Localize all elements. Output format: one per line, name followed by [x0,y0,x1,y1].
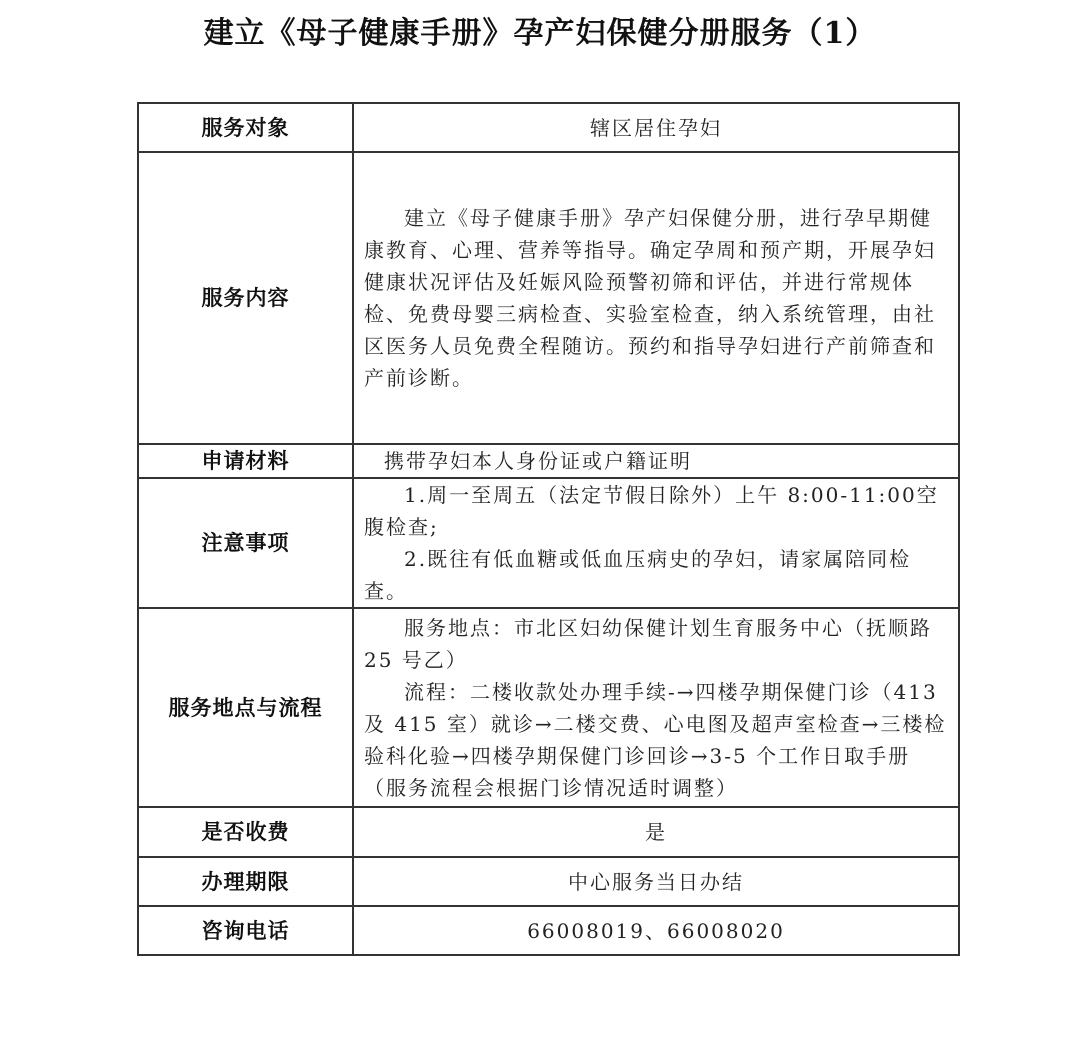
label-fee: 是否收费 [138,807,353,857]
row-contact-phone: 咨询电话 66008019、66008020 [138,906,959,955]
service-process-text: 流程：二楼收款处办理手续-→四楼孕期保健门诊（413 及 415 室）就诊→二楼… [364,676,948,804]
label-location-process: 服务地点与流程 [138,608,353,807]
value-processing-time: 中心服务当日办结 [353,857,959,906]
label-service-content: 服务内容 [138,152,353,444]
value-required-materials: 携带孕妇本人身份证或户籍证明 [353,444,959,478]
value-contact-phone: 66008019、66008020 [353,906,959,955]
required-materials-text: 携带孕妇本人身份证或户籍证明 [354,445,958,477]
row-service-target: 服务对象 辖区居住孕妇 [138,103,959,152]
note-item-1: 1.周一至周五（法定节假日除外）上午 8:00-11:00空腹检查; [364,479,948,543]
value-service-target: 辖区居住孕妇 [353,103,959,152]
label-notes: 注意事项 [138,478,353,608]
document-title: 建立《母子健康手册》孕产妇保健分册服务（1） [0,8,1080,52]
row-processing-time: 办理期限 中心服务当日办结 [138,857,959,906]
row-fee: 是否收费 是 [138,807,959,857]
value-location-process: 服务地点：市北区妇幼保健计划生育服务中心（抚顺路 25 号乙） 流程：二楼收款处… [353,608,959,807]
service-info-table: 服务对象 辖区居住孕妇 服务内容 建立《母子健康手册》孕产妇保健分册，进行孕早期… [137,102,960,956]
label-processing-time: 办理期限 [138,857,353,906]
row-service-content: 服务内容 建立《母子健康手册》孕产妇保健分册，进行孕早期健康教育、心理、营养等指… [138,152,959,444]
note-item-2: 2.既往有低血糖或低血压病史的孕妇，请家属陪同检查。 [364,543,948,607]
label-required-materials: 申请材料 [138,444,353,478]
service-content-paragraph: 建立《母子健康手册》孕产妇保健分册，进行孕早期健康教育、心理、营养等指导。确定孕… [364,202,948,394]
service-location-text: 服务地点：市北区妇幼保健计划生育服务中心（抚顺路 25 号乙） [364,612,948,676]
value-service-content: 建立《母子健康手册》孕产妇保健分册，进行孕早期健康教育、心理、营养等指导。确定孕… [353,152,959,444]
label-contact-phone: 咨询电话 [138,906,353,955]
row-required-materials: 申请材料 携带孕妇本人身份证或户籍证明 [138,444,959,478]
row-notes: 注意事项 1.周一至周五（法定节假日除外）上午 8:00-11:00空腹检查; … [138,478,959,608]
value-fee: 是 [353,807,959,857]
row-location-process: 服务地点与流程 服务地点：市北区妇幼保健计划生育服务中心（抚顺路 25 号乙） … [138,608,959,807]
value-notes: 1.周一至周五（法定节假日除外）上午 8:00-11:00空腹检查; 2.既往有… [353,478,959,608]
label-service-target: 服务对象 [138,103,353,152]
